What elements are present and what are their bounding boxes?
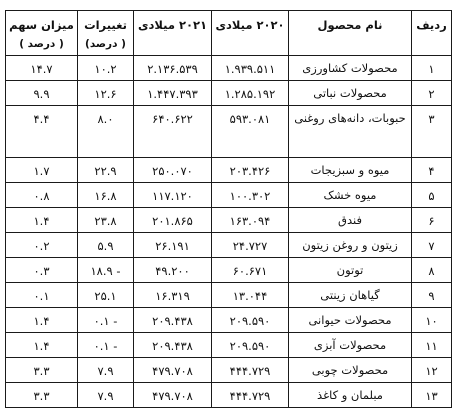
cell-radif: ۴ xyxy=(412,158,452,183)
cell-share: ۱.۴ xyxy=(6,308,78,333)
cell-share: ۹.۹ xyxy=(6,81,78,106)
cell-radif: ۹ xyxy=(412,283,452,308)
cell-radif: ۱۳ xyxy=(412,383,452,408)
cell-product-name: محصولات کشاورزی xyxy=(289,56,412,81)
header-change-unit: ( درصد) xyxy=(80,35,131,54)
cell-change: - ۰.۱ xyxy=(78,333,134,358)
cell-share: ۰.۳ xyxy=(6,258,78,283)
cell-2021: ۲۰۱.۸۶۵ xyxy=(134,208,212,233)
table-row: ۱۳ مبلمان و کاغذ ۴۴۴.۷۲۹ ۴۷۹.۷۰۸ ۷.۹ ۳.۳ xyxy=(6,383,452,408)
cell-2021: ۴۷۹.۷۰۸ xyxy=(134,358,212,383)
cell-product-name: مبلمان و کاغذ xyxy=(289,383,412,408)
cell-radif: ۱ xyxy=(412,56,452,81)
header-change-label: تغییرات xyxy=(84,18,127,32)
cell-product-name: توتون xyxy=(289,258,412,283)
cell-2021: ۶۴۰.۶۲۲ xyxy=(134,106,212,158)
cell-change: ۲۲.۹ xyxy=(78,158,134,183)
cell-2020: ۲۰۳.۴۲۶ xyxy=(212,158,289,183)
cell-2020: ۲۰۹.۵۹۰ xyxy=(212,333,289,358)
cell-product-name: حبوبات، دانه‌های روغنی xyxy=(289,106,412,158)
cell-2020: ۲۴.۷۲۷ xyxy=(212,233,289,258)
cell-2021: ۱۱۷.۱۲۰ xyxy=(134,183,212,208)
cell-2020: ۱۶۳.۰۹۴ xyxy=(212,208,289,233)
cell-2020: ۱.۲۸۵.۱۹۲ xyxy=(212,81,289,106)
header-change: تغییرات ( درصد) xyxy=(78,11,134,56)
cell-share: ۱.۴ xyxy=(6,333,78,358)
cell-radif: ۲ xyxy=(412,81,452,106)
table-row: ۳ حبوبات، دانه‌های روغنی ۵۹۳.۰۸۱ ۶۴۰.۶۲۲… xyxy=(6,106,452,158)
cell-radif: ۱۰ xyxy=(412,308,452,333)
table-row: ۸ توتون ۶۰.۶۷۱ ۴۹.۲۰۰ - ۱۸.۹ ۰.۳ xyxy=(6,258,452,283)
cell-2021: ۴۷۹.۷۰۸ xyxy=(134,383,212,408)
header-share-unit: ( درصد ) xyxy=(8,35,75,54)
cell-share: ۴.۴ xyxy=(6,106,78,158)
header-year-2020: ۲۰۲۰ میلادی xyxy=(212,11,289,56)
cell-radif: ۵ xyxy=(412,183,452,208)
table-row: ۶ فندق ۱۶۳.۰۹۴ ۲۰۱.۸۶۵ ۲۳.۸ ۱.۴ xyxy=(6,208,452,233)
cell-share: ۳.۳ xyxy=(6,383,78,408)
cell-2021: ۲۰۹.۴۳۸ xyxy=(134,333,212,358)
table-row: ۷ زیتون و روغن زیتون ۲۴.۷۲۷ ۲۶.۱۹۱ ۵.۹ ۰… xyxy=(6,233,452,258)
cell-2020: ۱.۹۳۹.۵۱۱ xyxy=(212,56,289,81)
cell-radif: ۷ xyxy=(412,233,452,258)
header-product-name: نام محصول xyxy=(289,11,412,56)
cell-product-name: محصولات نباتی xyxy=(289,81,412,106)
cell-2021: ۲۶.۱۹۱ xyxy=(134,233,212,258)
table-row: ۴ میوه و سبزیجات ۲۰۳.۴۲۶ ۲۵۰.۰۷۰ ۲۲.۹ ۱.… xyxy=(6,158,452,183)
header-share-label: میزان سهم xyxy=(9,18,74,32)
cell-2020: ۶۰.۶۷۱ xyxy=(212,258,289,283)
header-year-2021: ۲۰۲۱ میلادی xyxy=(134,11,212,56)
cell-change: - ۱۸.۹ xyxy=(78,258,134,283)
cell-change: - ۰.۱ xyxy=(78,308,134,333)
table-row: ۱۰ محصولات حیوانی ۲۰۹.۵۹۰ ۲۰۹.۴۳۸ - ۰.۱ … xyxy=(6,308,452,333)
cell-product-name: فندق xyxy=(289,208,412,233)
cell-2020: ۲۰۹.۵۹۰ xyxy=(212,308,289,333)
cell-share: ۱.۷ xyxy=(6,158,78,183)
table-row: ۱۱ محصولات آبزی ۲۰۹.۵۹۰ ۲۰۹.۴۳۸ - ۰.۱ ۱.… xyxy=(6,333,452,358)
cell-share: ۱.۴ xyxy=(6,208,78,233)
cell-product-name: زیتون و روغن زیتون xyxy=(289,233,412,258)
cell-change: ۷.۹ xyxy=(78,358,134,383)
cell-product-name: میوه خشک xyxy=(289,183,412,208)
cell-2021: ۲۰۹.۴۳۸ xyxy=(134,308,212,333)
cell-change: ۱۶.۸ xyxy=(78,183,134,208)
cell-change: ۲۵.۱ xyxy=(78,283,134,308)
table-row: ۹ گیاهان زینتی ۱۳.۰۴۴ ۱۶.۳۱۹ ۲۵.۱ ۰.۱ xyxy=(6,283,452,308)
cell-product-name: محصولات حیوانی xyxy=(289,308,412,333)
cell-change: ۱۰.۲ xyxy=(78,56,134,81)
cell-2020: ۴۴۴.۷۲۹ xyxy=(212,383,289,408)
cell-change: ۵.۹ xyxy=(78,233,134,258)
cell-2020: ۱۰۰.۳۰۲ xyxy=(212,183,289,208)
cell-2021: ۱.۴۴۷.۳۹۳ xyxy=(134,81,212,106)
cell-2021: ۴۹.۲۰۰ xyxy=(134,258,212,283)
cell-radif: ۱۲ xyxy=(412,358,452,383)
cell-share: ۰.۲ xyxy=(6,233,78,258)
export-products-table: ردیف نام محصول ۲۰۲۰ میلادی ۲۰۲۱ میلادی ت… xyxy=(5,10,452,408)
cell-2021: ۲.۱۳۶.۵۳۹ xyxy=(134,56,212,81)
cell-change: ۱۲.۶ xyxy=(78,81,134,106)
header-row: ردیف نام محصول ۲۰۲۰ میلادی ۲۰۲۱ میلادی ت… xyxy=(6,11,452,56)
cell-product-name: محصولات چوبی xyxy=(289,358,412,383)
cell-share: ۳.۳ xyxy=(6,358,78,383)
cell-radif: ۱۱ xyxy=(412,333,452,358)
cell-radif: ۸ xyxy=(412,258,452,283)
table-row: ۵ میوه خشک ۱۰۰.۳۰۲ ۱۱۷.۱۲۰ ۱۶.۸ ۰.۸ xyxy=(6,183,452,208)
cell-share: ۱۴.۷ xyxy=(6,56,78,81)
cell-product-name: گیاهان زینتی xyxy=(289,283,412,308)
cell-radif: ۳ xyxy=(412,106,452,158)
cell-2020: ۴۴۴.۷۲۹ xyxy=(212,358,289,383)
cell-change: ۷.۹ xyxy=(78,383,134,408)
cell-2020: ۱۳.۰۴۴ xyxy=(212,283,289,308)
cell-change: ۲۳.۸ xyxy=(78,208,134,233)
cell-product-name: میوه و سبزیجات xyxy=(289,158,412,183)
cell-radif: ۶ xyxy=(412,208,452,233)
cell-2020: ۵۹۳.۰۸۱ xyxy=(212,106,289,158)
table-row: ۱ محصولات کشاورزی ۱.۹۳۹.۵۱۱ ۲.۱۳۶.۵۳۹ ۱۰… xyxy=(6,56,452,81)
cell-change: ۸.۰ xyxy=(78,106,134,158)
cell-share: ۰.۸ xyxy=(6,183,78,208)
table-container: ردیف نام محصول ۲۰۲۰ میلادی ۲۰۲۱ میلادی ت… xyxy=(5,10,452,408)
header-radif: ردیف xyxy=(412,11,452,56)
cell-product-name: محصولات آبزی xyxy=(289,333,412,358)
table-row: ۱۲ محصولات چوبی ۴۴۴.۷۲۹ ۴۷۹.۷۰۸ ۷.۹ ۳.۳ xyxy=(6,358,452,383)
cell-share: ۰.۱ xyxy=(6,283,78,308)
table-row: ۲ محصولات نباتی ۱.۲۸۵.۱۹۲ ۱.۴۴۷.۳۹۳ ۱۲.۶… xyxy=(6,81,452,106)
cell-2021: ۲۵۰.۰۷۰ xyxy=(134,158,212,183)
cell-2021: ۱۶.۳۱۹ xyxy=(134,283,212,308)
header-share: میزان سهم ( درصد ) xyxy=(6,11,78,56)
